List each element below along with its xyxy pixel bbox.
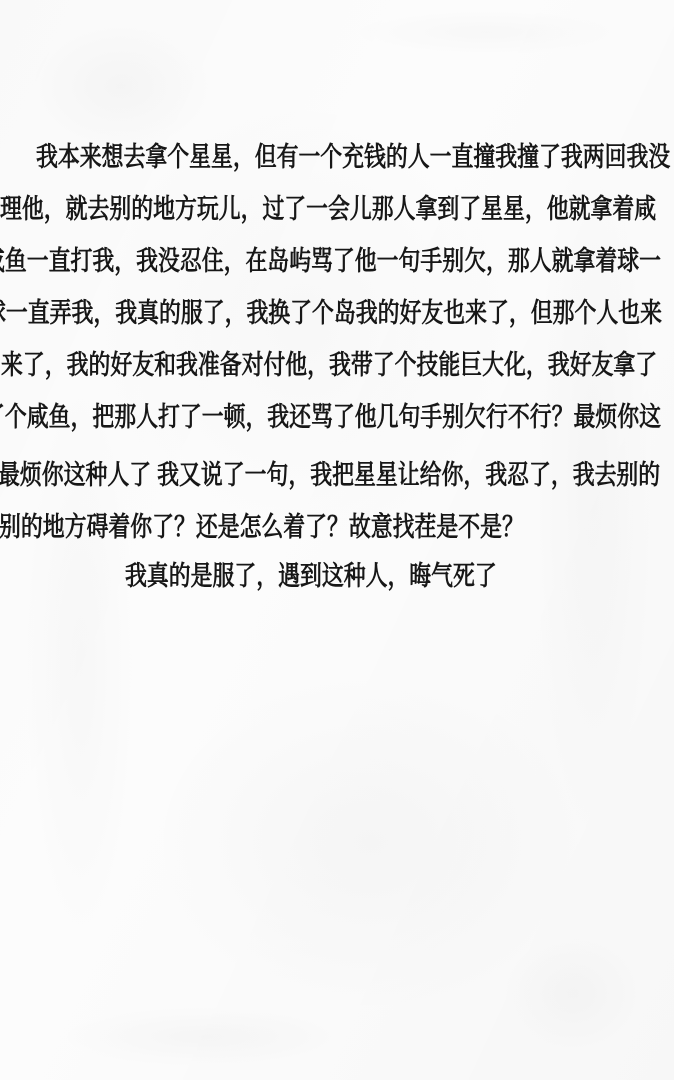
text-line-9: 我真的是服了，遇到这种人，晦气死了 — [125, 560, 497, 592]
text-line-1: 我本来想去拿个星星，但有一个充钱的人一直撞我撞了我两回我没 — [36, 141, 670, 173]
photographed-text-page: 我本来想去拿个星星，但有一个充钱的人一直撞我撞了我两回我没 理他，就去别的地方玩… — [0, 0, 674, 1080]
text-line-6: 了个咸鱼，把那人打了一顿，我还骂了他几句手别欠行不行？最烦你这 — [0, 401, 661, 433]
screenshot-root: { "page": { "background_color": "#fcfcfc… — [0, 0, 674, 1080]
text-line-3: 咸鱼一直打我，我没忍住，在岛屿骂了他一句手别欠，那人就拿着球一 — [0, 245, 661, 277]
text-line-5: 来了，我的好友和我准备对付他，我带了个技能巨大化，我好友拿了 — [1, 349, 657, 381]
text-line-7: 最烦你这种人了 我又说了一句，我把星星让给你，我忍了，我去别的 — [0, 459, 660, 491]
text-line-8: 别的地方碍着你了？还是怎么着了？故意找茬是不是？ — [0, 511, 524, 543]
text-line-4: 球一直弄我，我真的服了，我换了个岛我的好友也来了，但那个人也来 — [0, 297, 662, 329]
text-line-2: 理他，就去别的地方玩儿，过了一会儿那人拿到了星星，他就拿着咸 — [0, 193, 656, 225]
